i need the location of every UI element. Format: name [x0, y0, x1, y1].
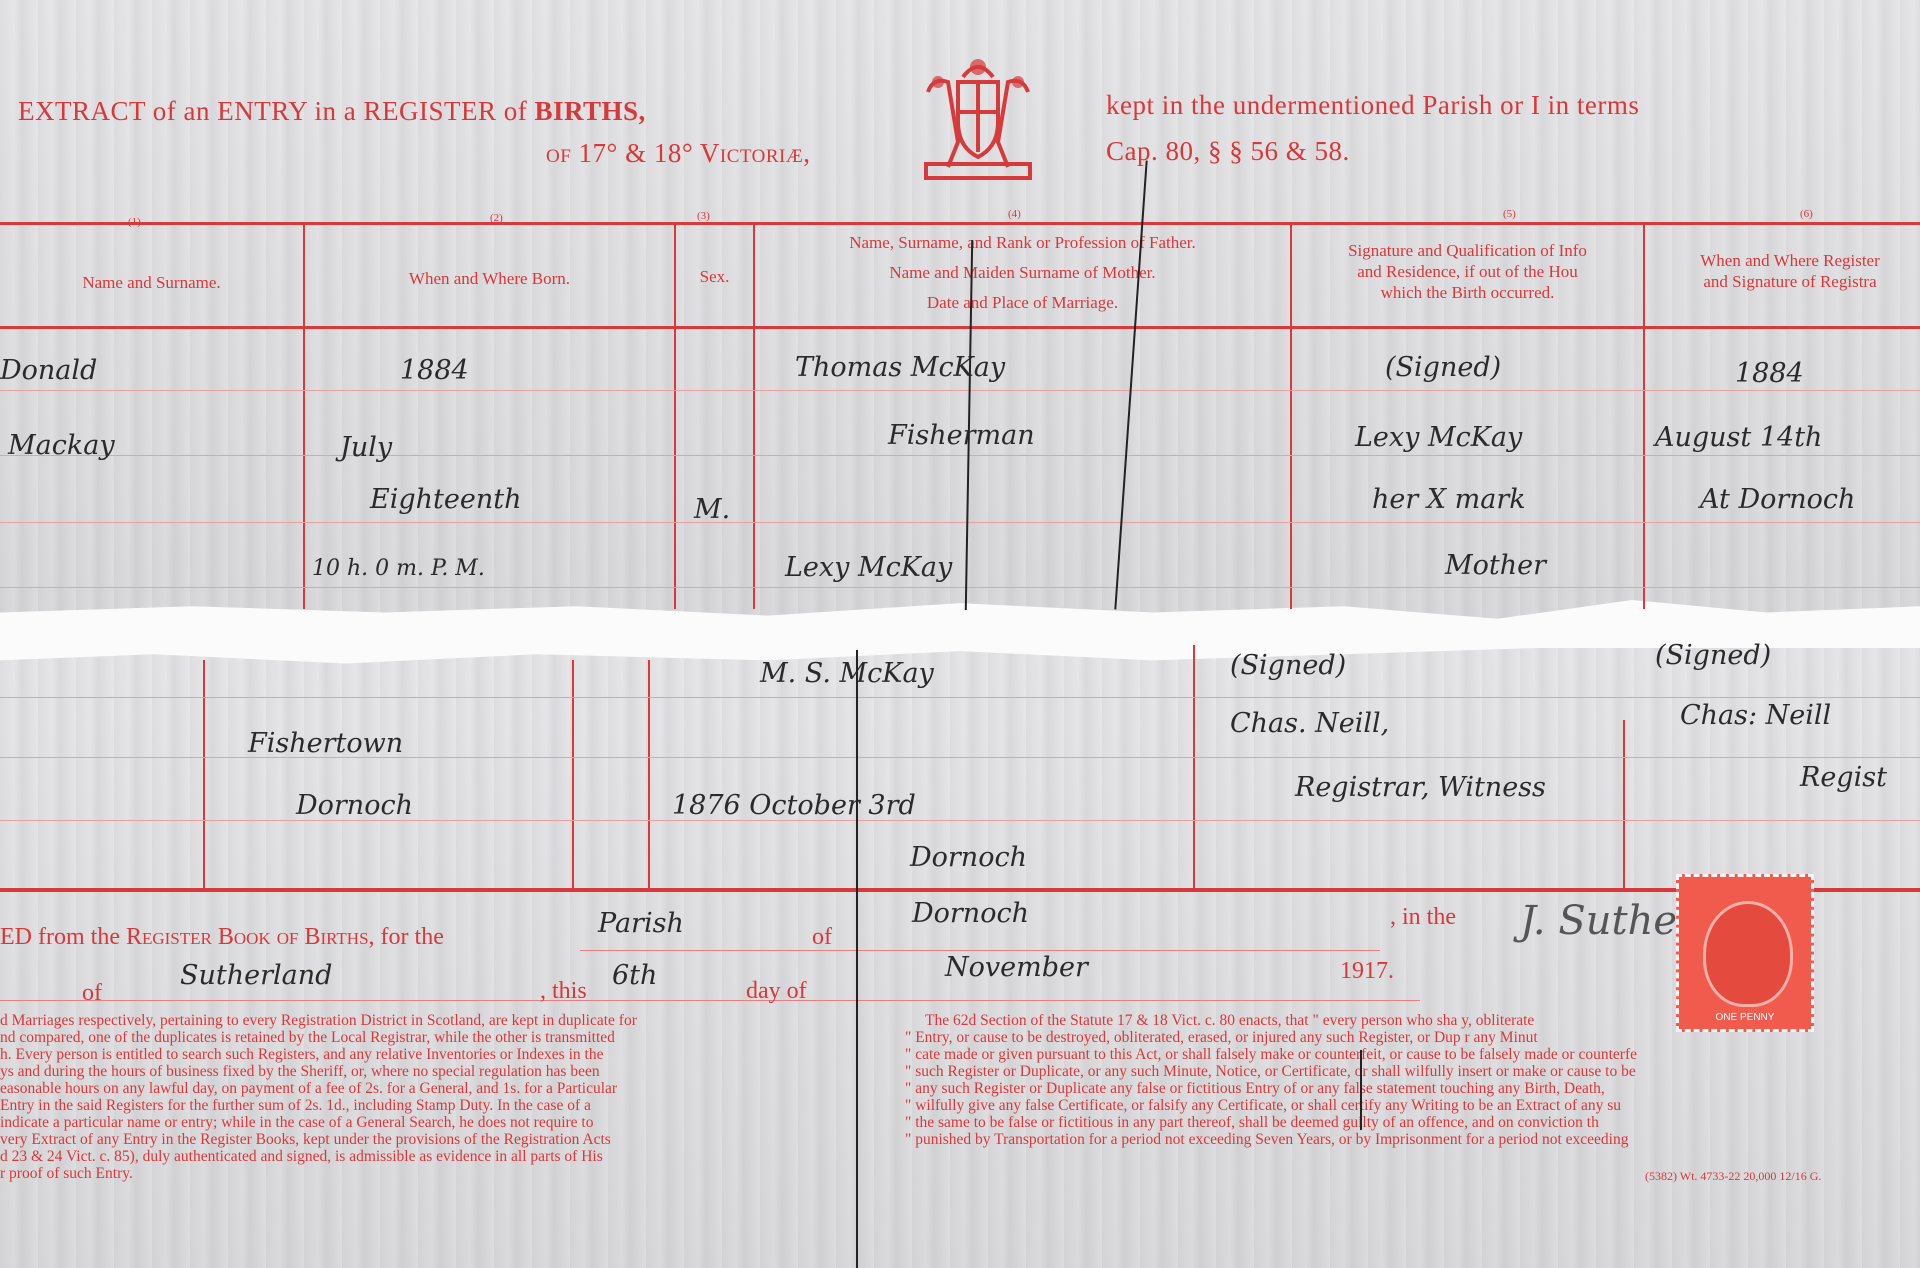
column-number: (2) — [490, 212, 503, 224]
registration-date: August 14th — [1655, 422, 1822, 453]
column-number: (3) — [697, 210, 710, 222]
witness-title: Registrar, Witness — [1295, 772, 1546, 803]
column-header-parents: Name, Surname, and Rank or Profession of… — [755, 228, 1290, 318]
marriage-place: Dornoch — [910, 842, 1027, 873]
royal-coat-of-arms-icon — [918, 52, 1038, 187]
registrar-signed: (Signed) — [1655, 640, 1771, 671]
informant-name: Lexy McKay — [1355, 422, 1522, 453]
col-divider — [572, 660, 574, 892]
in-the-label: , in the — [1390, 904, 1456, 931]
mother-name: Lexy McKay — [785, 552, 952, 583]
witness-name: Chas. Neill, — [1230, 708, 1389, 739]
registration-year: 1884 — [1735, 358, 1804, 389]
column-header-informant: Signature and Qualification of Info and … — [1292, 240, 1643, 303]
header-cap: Cap. 80, § § 56 & 58. — [1106, 136, 1350, 167]
birth-day: Eighteenth — [370, 484, 521, 515]
column-number: (6) — [1800, 208, 1813, 220]
father-name: Thomas McKay — [795, 352, 1005, 383]
column-header-name: Name and Surname. — [0, 272, 303, 293]
table-bottom-rule — [0, 888, 1920, 892]
registration-place: At Dornoch — [1700, 484, 1855, 515]
this-label: , this — [540, 978, 587, 1005]
informant-mark: her X mark — [1372, 484, 1526, 515]
column-number: (1) — [128, 216, 141, 228]
column-number: (4) — [1008, 208, 1021, 220]
header-subtitle: of 17° & 18° Victoriæ, — [546, 138, 811, 169]
informant-qualification: Mother — [1445, 550, 1546, 581]
fine-print-right: The 62d Section of the Statute 17 & 18 V… — [905, 1012, 1637, 1148]
day-of-label: day of — [746, 978, 807, 1005]
fine-print-left: d Marriages respectively, pertaining to … — [0, 1012, 637, 1182]
witness-signed: (Signed) — [1230, 650, 1346, 681]
birth-month: July — [340, 432, 392, 463]
birth-place-locality: Fishertown — [248, 728, 403, 759]
one-penny-stamp: ONE PENNY — [1676, 874, 1814, 1032]
birth-time: 10 h. 0 m. P. M. — [312, 556, 485, 581]
of-label: of — [82, 980, 102, 1007]
birth-year: 1884 — [400, 355, 469, 386]
certification-line-1: ED from the Register Book of Births, for… — [0, 924, 444, 951]
column-header-sex: Sex. — [676, 266, 753, 287]
column-header-born: When and Where Born. — [305, 268, 674, 289]
col-divider — [1193, 645, 1195, 892]
sex-value: M. — [694, 494, 730, 525]
crease-line — [856, 650, 858, 1268]
child-surname: Mackay — [8, 430, 115, 461]
header-bottom-rule — [0, 326, 1920, 329]
king-portrait-icon — [1703, 901, 1793, 1007]
of-label: of — [812, 924, 832, 951]
parish-type: Parish — [598, 908, 684, 939]
registrar-title: Regist — [1800, 762, 1887, 793]
county-name: Sutherland — [180, 960, 332, 991]
father-profession: Fisherman — [888, 420, 1035, 451]
parish-name: Dornoch — [912, 898, 1029, 929]
certification-year: 1917. — [1340, 958, 1394, 985]
registrar-name: Chas: Neill — [1680, 700, 1831, 731]
mother-maiden-name: M. S. McKay — [760, 658, 934, 689]
certification-day: 6th — [612, 960, 657, 991]
header-title-right: kept in the undermentioned Parish or I i… — [1106, 90, 1639, 121]
certification-month: November — [945, 952, 1088, 983]
birth-place-town: Dornoch — [296, 790, 413, 821]
col-divider — [648, 660, 650, 892]
col-divider — [203, 660, 205, 892]
table-top-rule — [0, 222, 1920, 225]
column-number: (5) — [1503, 208, 1516, 220]
child-first-name: Donald — [0, 355, 97, 386]
informant-signed: (Signed) — [1385, 352, 1501, 383]
header-title: EXTRACT of an ENTRY in a REGISTER of BIR… — [18, 96, 646, 127]
marriage-date: 1876 October 3rd — [672, 790, 916, 821]
crease-line — [1360, 1050, 1362, 1130]
stamp-label: ONE PENNY — [1679, 1012, 1811, 1023]
printer-mark: (5382) Wt. 4733-22 20,000 12/16 G. — [1645, 1168, 1821, 1185]
column-header-registered: When and Where Register and Signature of… — [1645, 250, 1920, 292]
col-divider — [1623, 720, 1625, 892]
